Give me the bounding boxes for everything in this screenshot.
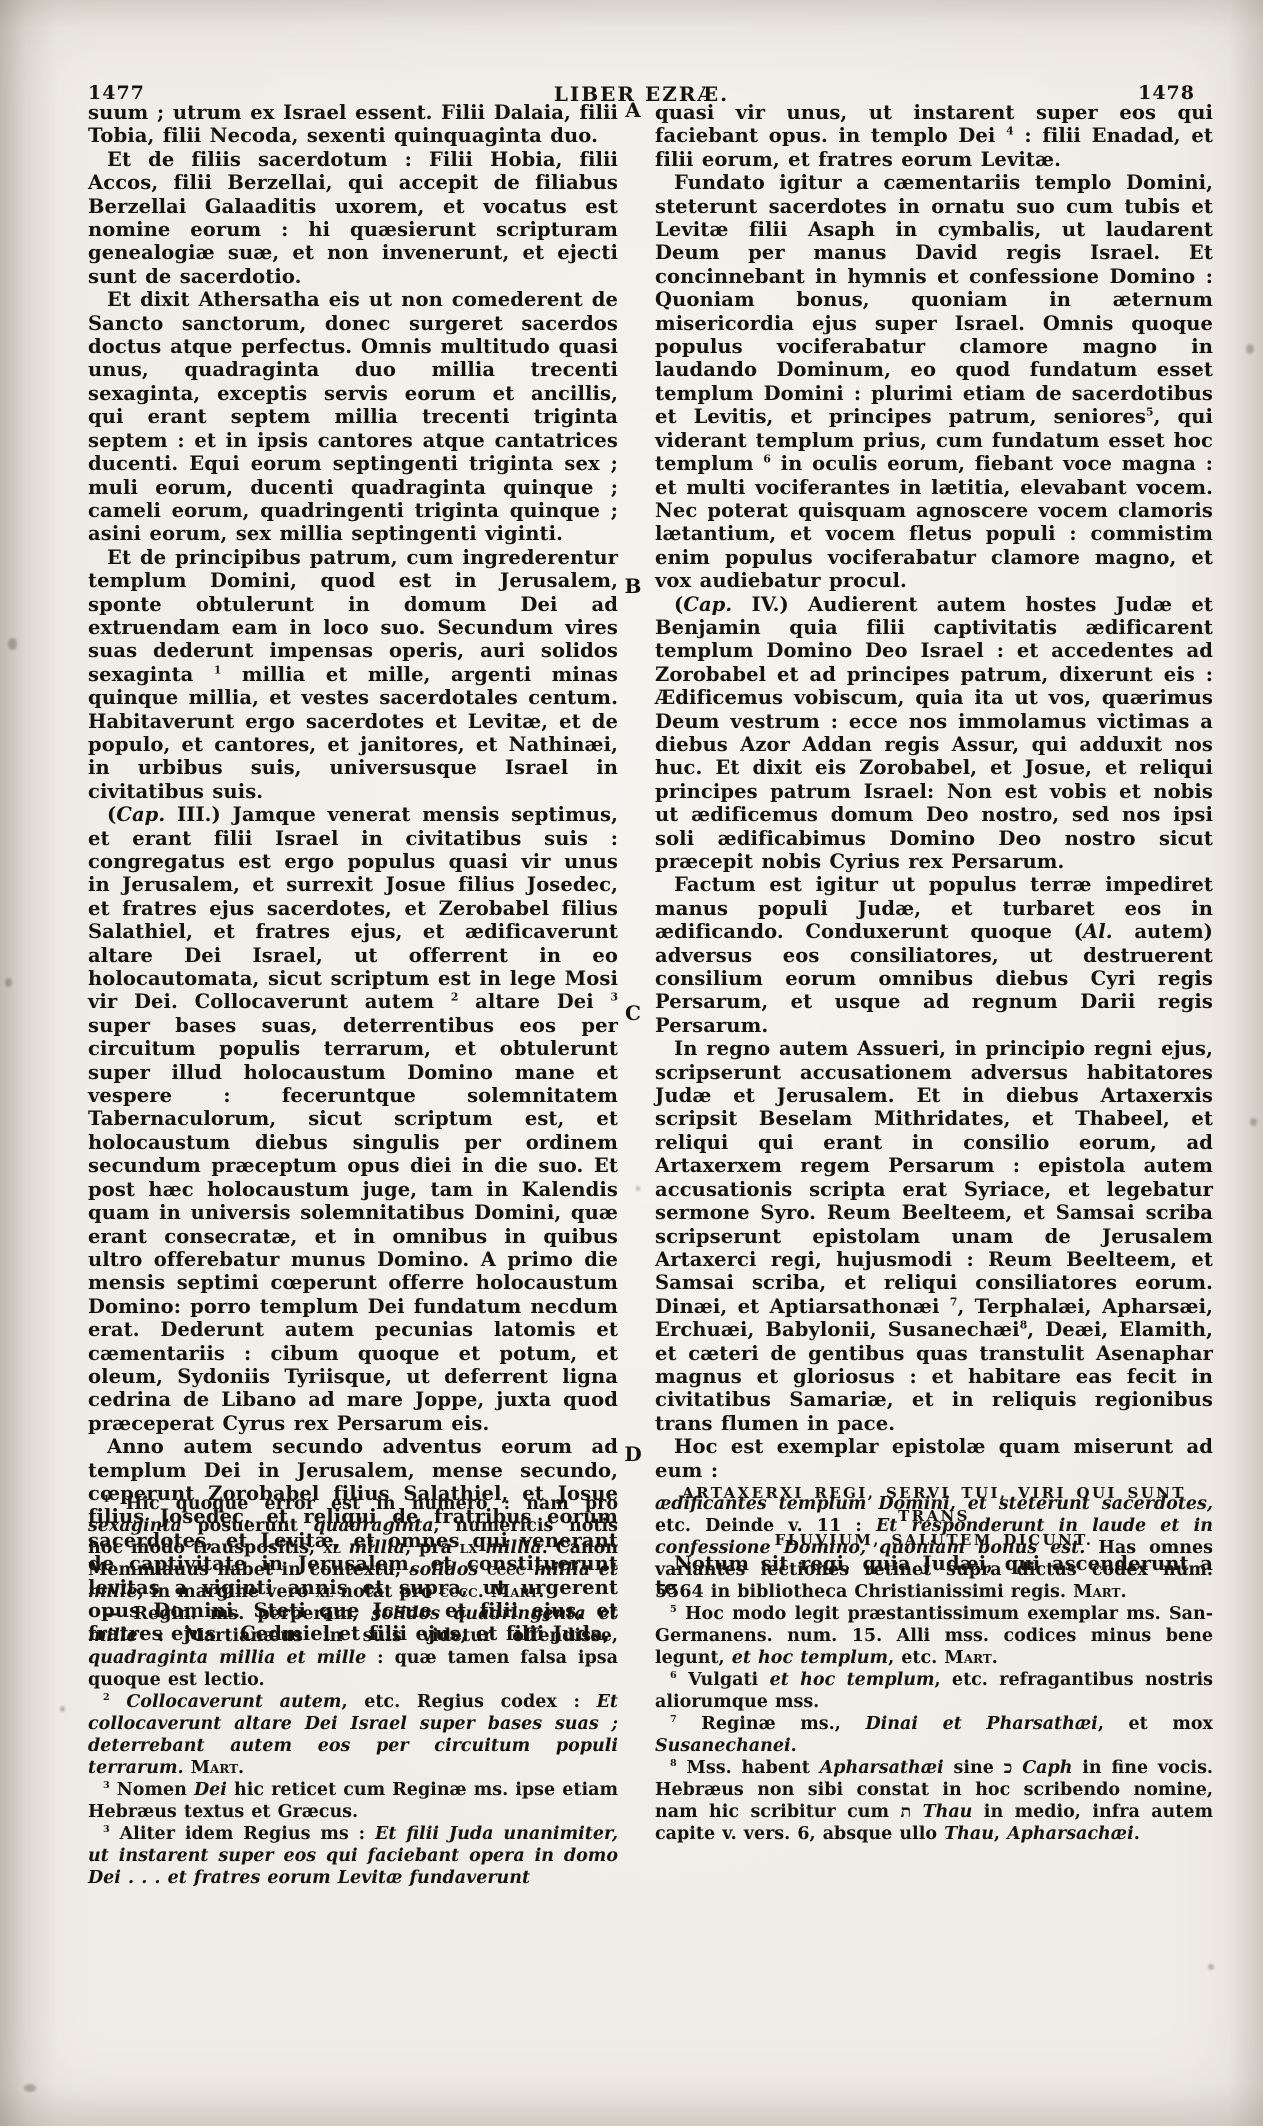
footnote: 8 Mss. habent Apharsathæi sine כ Caph in…	[655, 1757, 1213, 1845]
scan-speck	[636, 1186, 640, 1191]
scan-speck	[1208, 1964, 1214, 1970]
scan-speck	[1246, 344, 1254, 354]
margin-letter-a: A	[619, 98, 647, 122]
scan-speck	[60, 1706, 65, 1712]
main-paragraph: (Cap. III.) Jamque venerat mensis septim…	[88, 803, 618, 1435]
main-paragraph: suum ; utrum ex Israel essent. Filii Dal…	[88, 101, 618, 148]
margin-letter-b: B	[619, 574, 647, 598]
scan-speck	[1250, 1118, 1257, 1126]
left-column: suum ; utrum ex Israel essent. Filii Dal…	[88, 101, 618, 2101]
main-paragraph: Et dixit Athersatha eis ut non comederen…	[88, 288, 618, 545]
footnote: 2 Collocaverunt autem, etc. Regius codex…	[88, 1691, 618, 1779]
footnote: ædificantes templum Domini, et steterunt…	[655, 1493, 1213, 1603]
footnote: 3 Nomen Dei hic reticet cum Reginæ ms. i…	[88, 1779, 618, 1823]
main-paragraph: Fundato igitur a cæmentariis templo Domi…	[655, 171, 1213, 592]
scan-speck	[8, 638, 17, 650]
footnote: 5 Hoc modo legit præstantissimum exempla…	[655, 1603, 1213, 1669]
main-paragraph: Hoc est exemplar epistolæ quam miserunt …	[655, 1435, 1213, 1482]
footnote: 6 Vulgati et hoc templum, etc. refragant…	[655, 1669, 1213, 1713]
right-main-text: quasi vir unus, ut instarent super eos q…	[655, 101, 1213, 1599]
scanned-book-page: 1477 LIBER EZRÆ. 1478 A B C D suum ; utr…	[0, 0, 1263, 2126]
left-footnotes: 1 Hic quoque error est in numero : nam p…	[88, 1493, 618, 1889]
right-column: quasi vir unus, ut instarent super eos q…	[655, 101, 1213, 2101]
scan-speck	[24, 2084, 36, 2092]
main-paragraph: Et de principibus patrum, cum ingrederen…	[88, 546, 618, 803]
footnote: 1 Hic quoque error est in numero : nam p…	[88, 1493, 618, 1603]
footnote: 7 Reginæ ms., Dinai et Pharsathæi, et mo…	[655, 1713, 1213, 1757]
main-paragraph: quasi vir unus, ut instarent super eos q…	[655, 101, 1213, 171]
margin-letter-d: D	[619, 1442, 647, 1466]
main-paragraph: In regno autem Assueri, in principio reg…	[655, 1037, 1213, 1435]
footnote: 3 Aliter idem Regius ms : Et filii Juda …	[88, 1823, 618, 1889]
main-paragraph: Et de filiis sacerdotum : Filii Hobia, f…	[88, 148, 618, 288]
right-footnotes: ædificantes templum Domini, et steterunt…	[655, 1493, 1213, 1845]
main-paragraph: (Cap. IV.) Audierent autem hostes Judæ e…	[655, 593, 1213, 874]
scan-speck	[5, 978, 12, 987]
left-main-text: suum ; utrum ex Israel essent. Filii Dal…	[88, 101, 618, 1646]
margin-letter-c: C	[619, 1001, 647, 1025]
footnote: — Regin. ms. perperam, solidos quadringe…	[88, 1603, 618, 1691]
main-paragraph: Factum est igitur ut populus terræ imped…	[655, 873, 1213, 1037]
